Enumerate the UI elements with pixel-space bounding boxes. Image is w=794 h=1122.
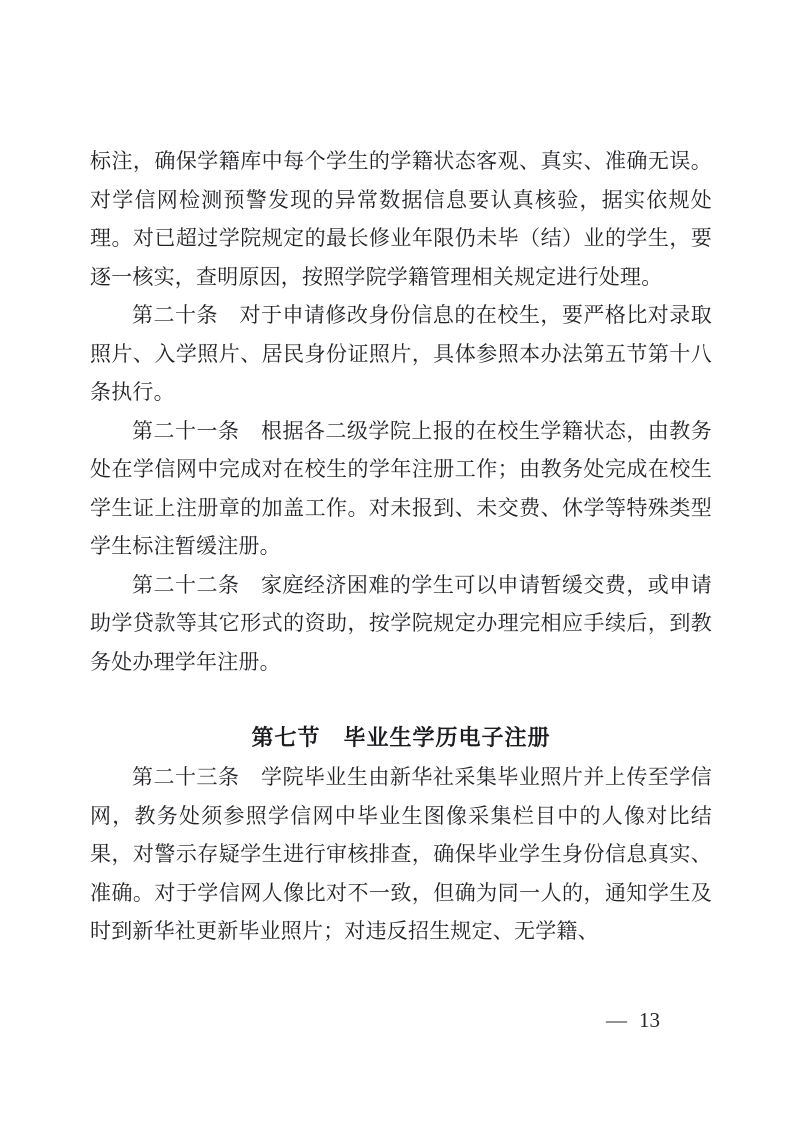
page-footer: —13 [606, 1005, 660, 1035]
document-content: 标注，确保学籍库中每个学生的学籍状态客观、真实、准确无误。对学信网检测预警发现的… [90, 142, 712, 951]
body-paragraph-article-21: 第二十一条 根据各二级学院上报的在校生学籍状态，由教务处在学信网中完成对在校生的… [90, 412, 712, 566]
body-paragraph-continuation: 标注，确保学籍库中每个学生的学籍状态客观、真实、准确无误。对学信网检测预警发现的… [90, 142, 712, 296]
page-number-dash: — [606, 1008, 627, 1032]
body-paragraph-article-20: 第二十条 对于申请修改身份信息的在校生，要严格比对录取照片、入学照片、居民身份证… [90, 296, 712, 412]
body-paragraph-article-23: 第二十三条 学院毕业生由新华社采集毕业照片并上传至学信网，教务处须参照学信网中毕… [90, 758, 712, 951]
page-number: 13 [639, 1008, 660, 1032]
document-page: 标注，确保学籍库中每个学生的学籍状态客观、真实、准确无误。对学信网检测预警发现的… [0, 0, 794, 1122]
section-heading: 第七节 毕业生学历电子注册 [90, 719, 712, 758]
body-paragraph-article-22: 第二十二条 家庭经济困难的学生可以申请暂缓交费，或申请助学贷款等其它形式的资助，… [90, 566, 712, 682]
